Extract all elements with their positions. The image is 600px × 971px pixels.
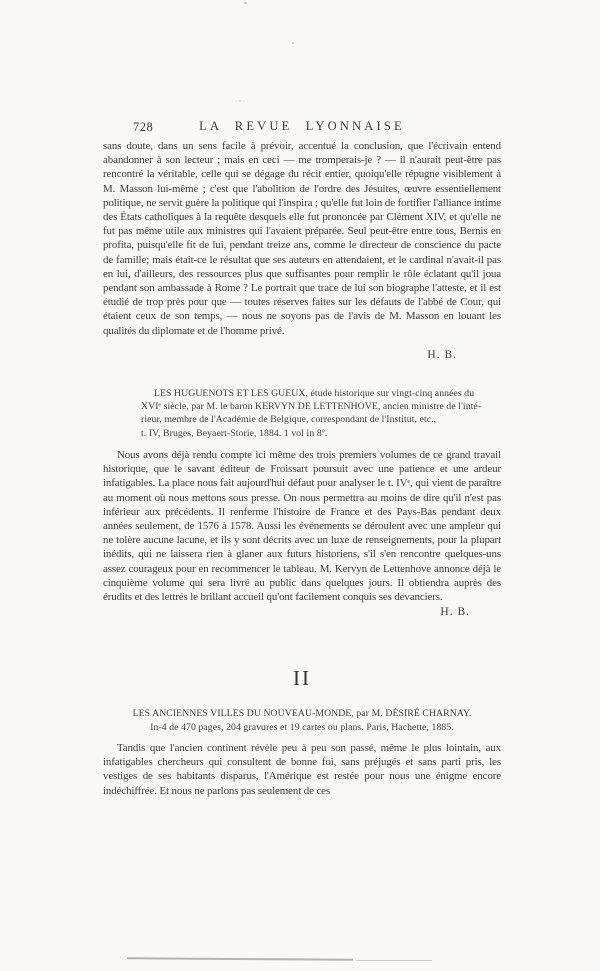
reference-line: LES ANCIENNES VILLES DU NOUVEAU-MONDE, p… (103, 707, 501, 721)
reference-line: rieur, membre de l'Académie de Belgique,… (141, 413, 487, 426)
reference-line: t. IV, Bruges, Beyaert-Storie, 1884. 1 v… (141, 427, 487, 440)
scan-artifact-line (356, 960, 432, 961)
section-numeral: II (103, 666, 501, 691)
review-paragraph: Nous avons déjà rendu compte ici même de… (103, 448, 501, 604)
scan-artifact-line (127, 957, 353, 960)
book-reference-nouveau-monde: LES ANCIENNES VILLES DU NOUVEAU-MONDE, p… (103, 707, 501, 735)
reference-line: LES HUGUENOTS ET LES GUEUX, étude histor… (141, 387, 487, 400)
scan-speck (292, 42, 294, 44)
journal-title: LA REVUE LYONNAISE (103, 119, 501, 134)
reference-line: In-4 de 470 pages, 204 gravures et 19 ca… (103, 721, 501, 735)
reference-line: XVIᵉ siècle, par M. le baron KERVYN DE L… (141, 400, 487, 413)
book-reference-huguenots: LES HUGUENOTS ET LES GUEUX, étude histor… (141, 387, 487, 440)
reviewer-initials: H. B. (103, 606, 501, 618)
reviewer-initials: H. B. (103, 349, 501, 361)
scan-speck (239, 100, 241, 102)
article-closing-paragraph: sans doute, dans un sens facile à prévoi… (103, 139, 501, 338)
scan-speck (244, 2, 247, 4)
review-opening-paragraph: Tandis que l'ancien continent révèle peu… (103, 741, 501, 798)
scanned-journal-page: 728 LA REVUE LYONNAISE sans doute, dans … (0, 0, 600, 971)
